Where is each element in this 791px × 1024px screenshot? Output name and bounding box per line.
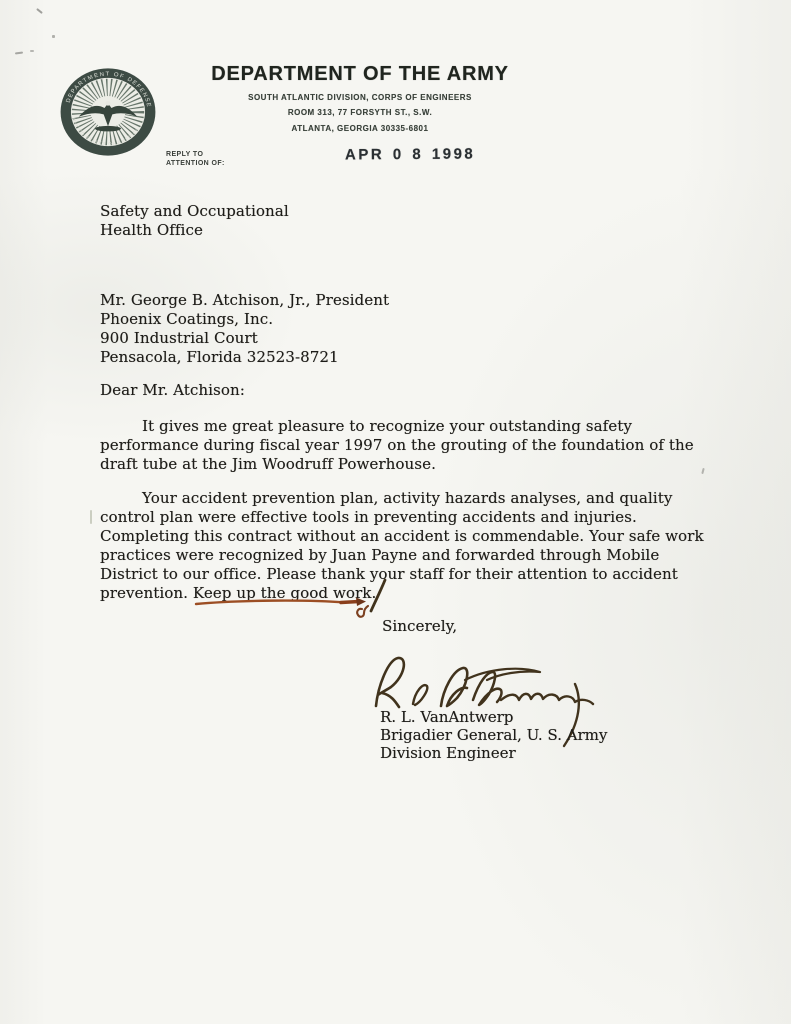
paragraph-line: It gives me great pleasure to recognize … (100, 417, 694, 436)
scan-speck (36, 8, 43, 14)
paragraph-1: It gives me great pleasure to recognize … (100, 417, 694, 474)
reply-to-block: REPLY TO ATTENTION OF: (166, 151, 225, 168)
closing-prefix: prevention. (100, 584, 193, 602)
office-line2: Health Office (100, 221, 289, 240)
scan-speck (52, 35, 55, 38)
scanned-letter-page: DEPARTMENT OF DEFENSE UNITED STATES OF A… (0, 0, 791, 1024)
reply-to-line2: ATTENTION OF: (166, 160, 225, 169)
scan-speck (90, 510, 92, 524)
handwritten-o-mark (352, 604, 370, 620)
paragraph-line: practices were recognized by Juan Payne … (100, 546, 704, 565)
paragraph-line: District to our office. Please thank you… (100, 565, 704, 584)
paragraph-line: control plan were effective tools in pre… (100, 508, 704, 527)
letterhead: DEPARTMENT OF THE ARMY SOUTH ATLANTIC DI… (180, 63, 540, 133)
agency-name: DEPARTMENT OF THE ARMY (180, 63, 540, 86)
signer-title: Division Engineer (380, 744, 607, 762)
division-line: SOUTH ATLANTIC DIVISION, CORPS OF ENGINE… (180, 93, 540, 102)
recipient-line: Mr. George B. Atchison, Jr., President (100, 291, 389, 310)
dod-seal: DEPARTMENT OF DEFENSE UNITED STATES OF A… (58, 66, 158, 158)
city-line: ATLANTA, GEORGIA 30335-6801 (180, 124, 540, 133)
paragraph-line: performance during fiscal year 1997 on t… (100, 436, 694, 455)
paragraph-line: draft tube at the Jim Woodruff Powerhous… (100, 455, 694, 474)
signoff: Sincerely, (382, 617, 457, 636)
office-line1: Safety and Occupational (100, 202, 289, 221)
signer-name: R. L. VanAntwerp (380, 708, 607, 726)
paragraph-2: Your accident prevention plan, activity … (100, 489, 704, 584)
date-stamp: APR 0 8 1998 (345, 146, 475, 164)
signer-rank: Brigadier General, U. S. Army (380, 726, 607, 744)
recipient-line: 900 Industrial Court (100, 329, 389, 348)
reply-to-line1: REPLY TO (166, 151, 225, 160)
recipient-line: Pensacola, Florida 32523-8721 (100, 348, 389, 367)
salutation: Dear Mr. Atchison: (100, 381, 245, 400)
o-stroke-icon (352, 604, 370, 620)
paragraph-line: Your accident prevention plan, activity … (100, 489, 704, 508)
recipient-line: Phoenix Coatings, Inc. (100, 310, 389, 329)
scan-speck (15, 51, 23, 54)
seal-base (95, 126, 121, 132)
paragraph-line: Completing this contract without an acci… (100, 527, 704, 546)
scan-speck (701, 468, 704, 474)
office-block: Safety and Occupational Health Office (100, 202, 289, 240)
address-line: ROOM 313, 77 FORSYTH ST., S.W. (180, 108, 540, 117)
signature-block: R. L. VanAntwerp Brigadier General, U. S… (380, 708, 607, 762)
eagle-head (105, 101, 110, 106)
scan-speck (30, 50, 34, 52)
recipient-address: Mr. George B. Atchison, Jr., President P… (100, 291, 389, 367)
dod-seal-icon: DEPARTMENT OF DEFENSE UNITED STATES OF A… (58, 66, 158, 158)
